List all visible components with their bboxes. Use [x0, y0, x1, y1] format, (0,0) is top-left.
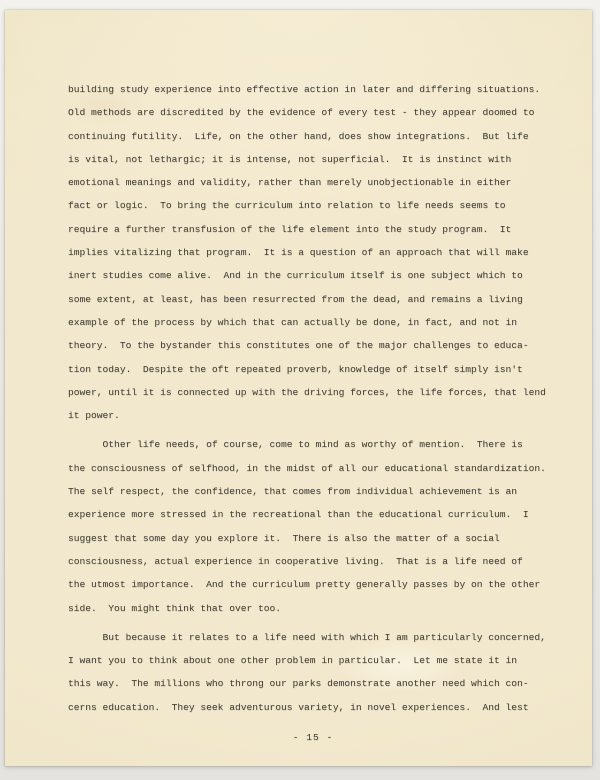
- page-number: - 15 -: [68, 726, 558, 749]
- document-page: building study experience into effective…: [5, 10, 592, 766]
- scan-background: building study experience into effective…: [0, 0, 600, 780]
- paragraph-3: But because it relates to a life need wi…: [68, 626, 558, 719]
- paragraph-2: Other life needs, of course, come to min…: [68, 433, 558, 619]
- paragraph-1: building study experience into effective…: [68, 78, 558, 427]
- page-text-block: building study experience into effective…: [68, 78, 558, 749]
